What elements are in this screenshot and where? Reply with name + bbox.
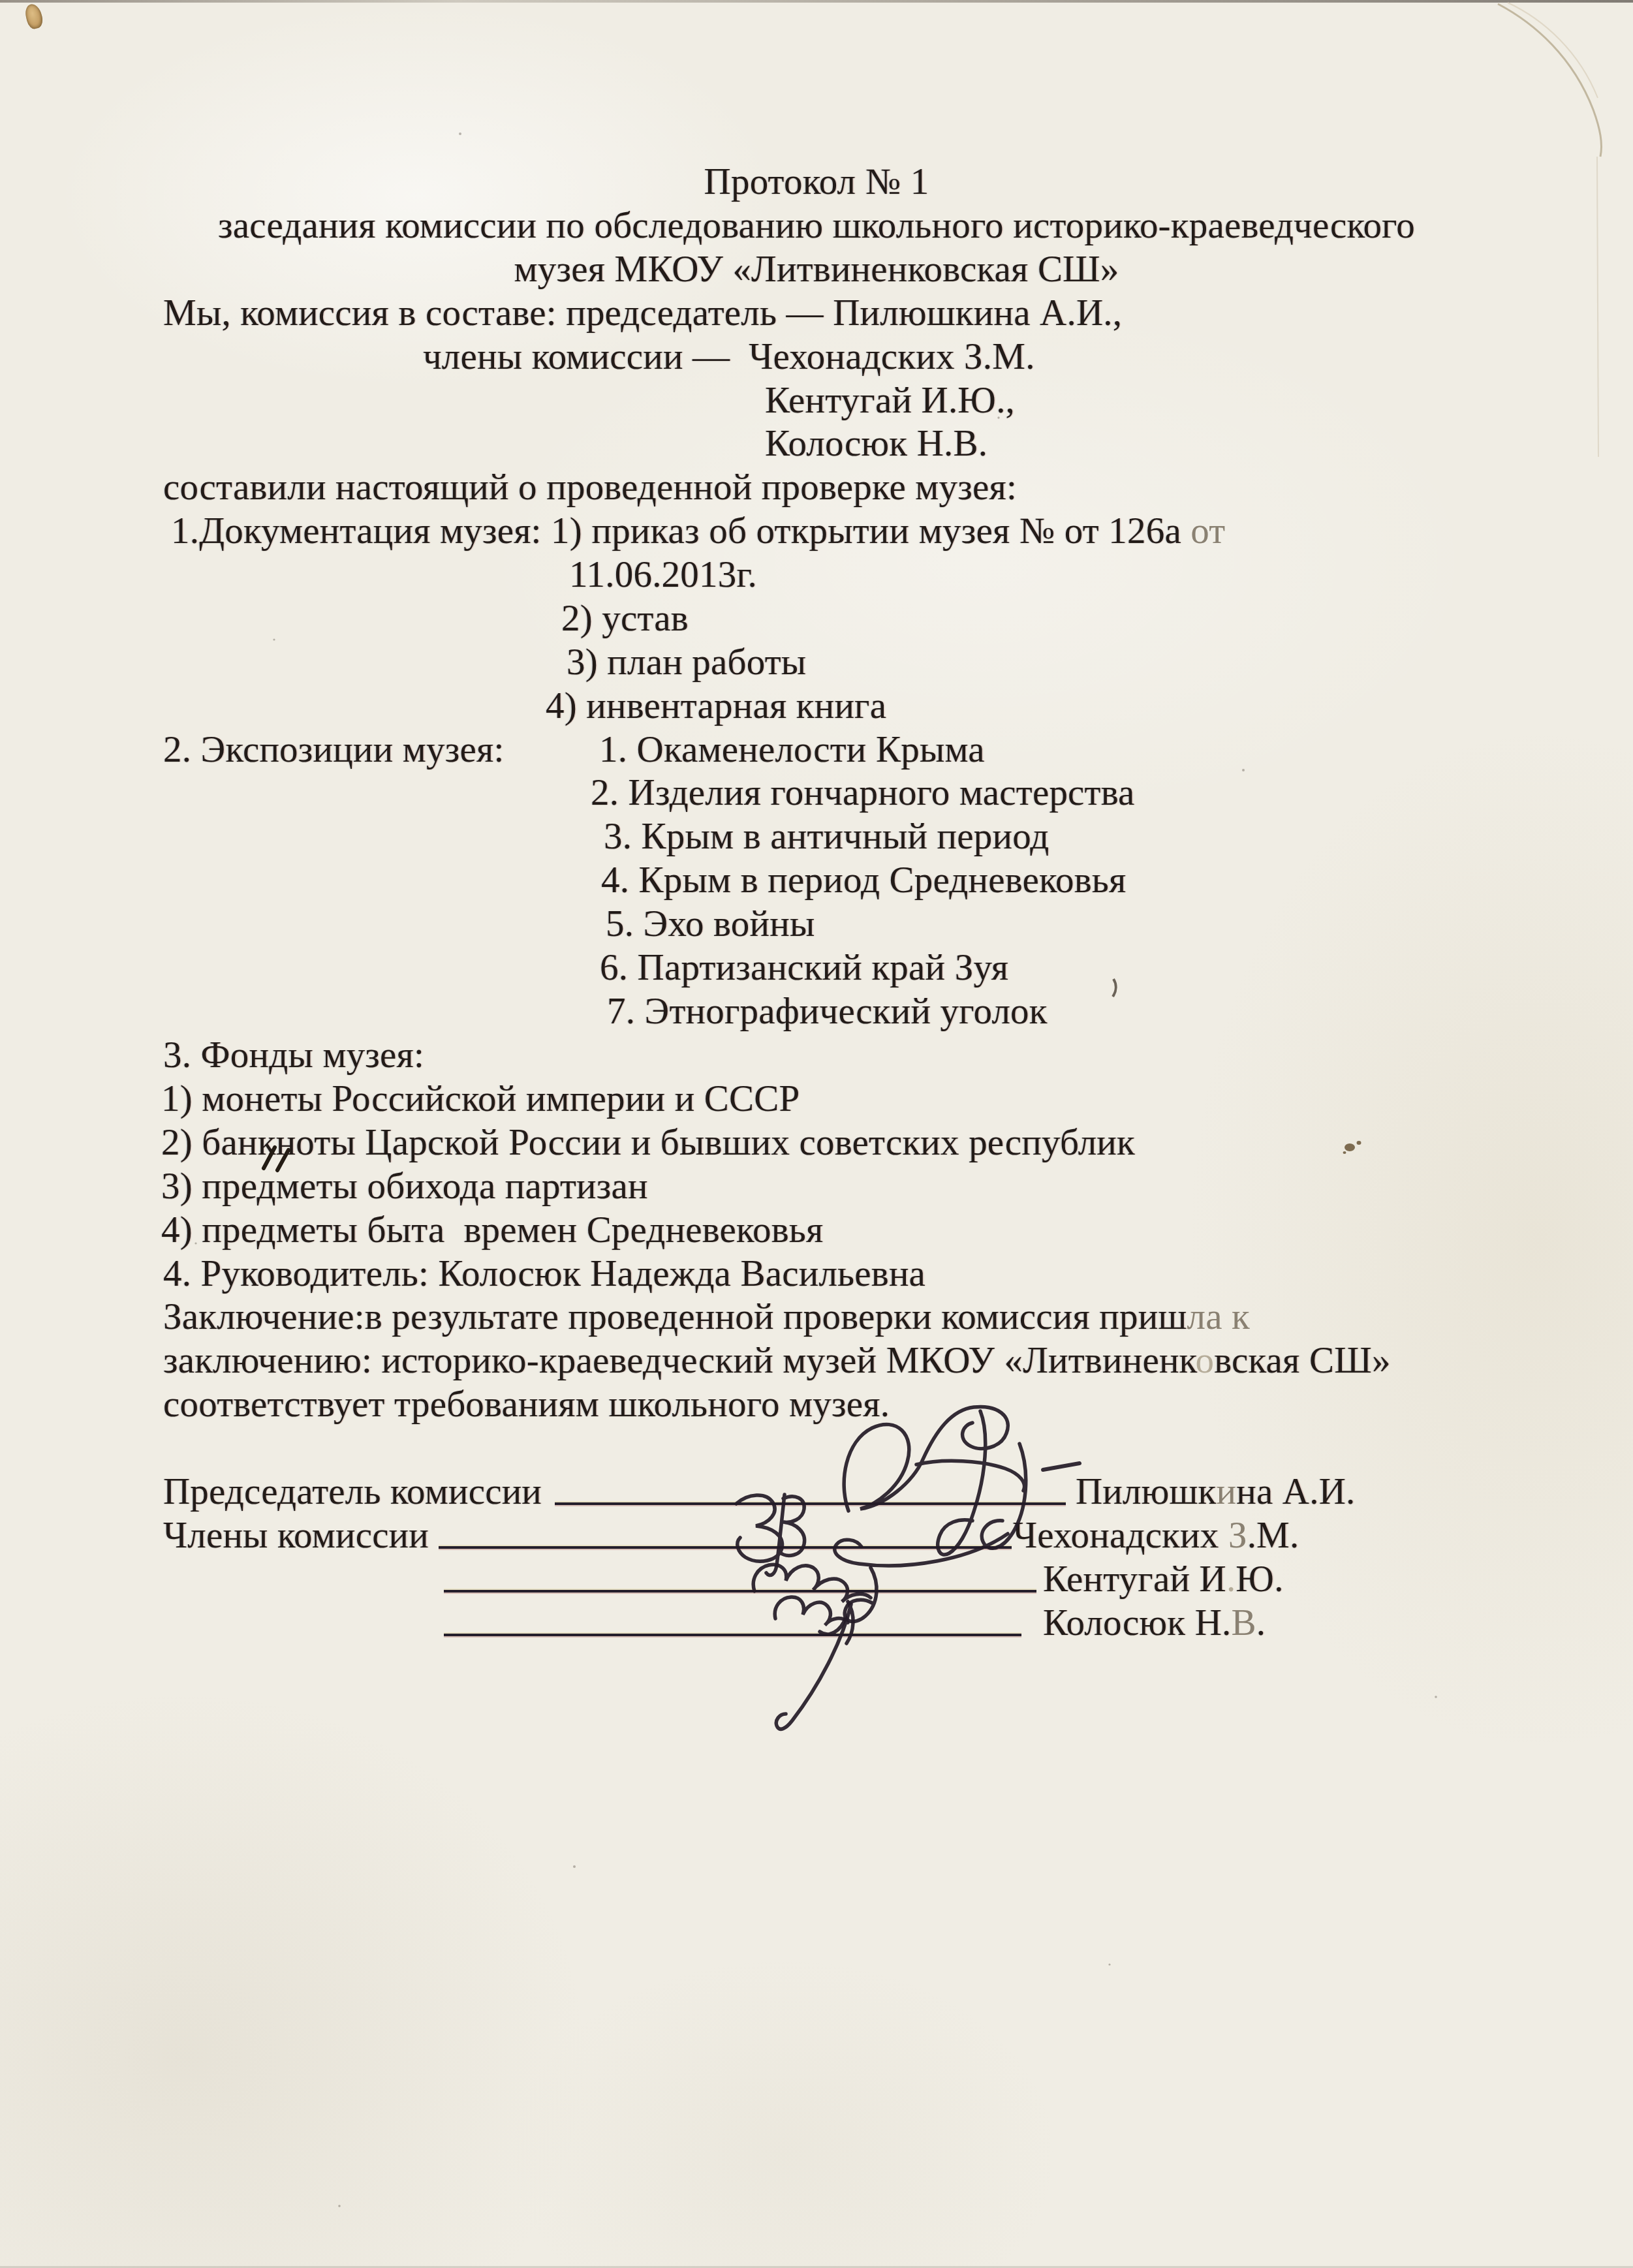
paper-stain-spot [23,3,44,31]
funds-item-3: 3) предметы обихода партизан [161,1164,648,1208]
signer-name-4-part2: . [1256,1602,1266,1643]
exposition-item-7: 7. Этнографический уголок [607,989,1048,1033]
funds-item-4: 4) предметы быта времен Средневековья [161,1208,823,1252]
signer-name-3-faded: . [1226,1559,1236,1600]
exposition-item-5: 5. Эхо войны [606,902,815,946]
signer-name-4-faded: В [1232,1602,1256,1643]
signature-member-1 [736,1495,805,1576]
conclusion-line1-faded: ла к [1187,1296,1251,1337]
museum-head-line: 4. Руководитель: Колосюк Надежда Василье… [163,1252,925,1296]
conclusion-line2: заключению: историко-краеведческий музей… [163,1339,1391,1382]
documentation-line1-main: 1.Документация музея: 1) приказ об откры… [171,510,1190,551]
conclusion-line1-main: Заключение:в результате проведенной пров… [163,1296,1187,1337]
documentation-item-3: 3) план работы [567,640,806,684]
signature-line-2 [439,1546,1012,1549]
signature-line-1 [555,1502,1066,1505]
signature-line-4 [444,1634,1021,1636]
signer-name-2: Чехонадских З.М. [1013,1514,1299,1557]
exposition-item-4: 4. Крым в период Средневековья [601,858,1126,902]
doc-title: Протокол № 1 [0,160,1633,204]
conclusion-line1: Заключение:в результате проведенной пров… [163,1295,1250,1339]
documentation-item-4: 4) инвентарная книга [546,684,886,728]
funds-item-2: 2) банкноты Царской России и бывших сове… [161,1121,1135,1164]
documentation-item-2: 2) устав [561,597,689,640]
signature-line-3 [444,1590,1036,1592]
conclusion-line3: соответствует требованиям школьного музе… [163,1382,890,1426]
commission-members-line: члены комиссии — Чехонадских З.М. [423,335,1035,379]
exposition-item-2: 2. Изделия гончарного мастерства [591,771,1135,815]
exposition-item-3: 3. Крым в античный период [604,815,1049,858]
chairman-label: Председатель комиссии [163,1470,542,1514]
signer-name-2-faded: З [1228,1515,1247,1556]
funds-item-1: 1) монеты Российской империи и СССР [161,1077,800,1121]
exposition-item-6: 6. Партизанский край Зуя [600,946,1008,989]
expositions-label: 2. Экспозиции музея: [163,728,504,771]
commission-member-2: Кентугай И.Ю., [765,379,1015,422]
scanned-document-page: Протокол № 1 заседания комиссии по обсле… [0,0,1633,2268]
signer-name-1-part2: на А.И. [1236,1471,1355,1512]
doc-subtitle-line2: музея МКОУ «Литвиненковская СШ» [0,247,1633,291]
documentation-line1: 1.Документация музея: 1) приказ об откры… [171,509,1225,553]
signer-name-2-part: Чехонадских [1013,1515,1228,1556]
signer-name-3-part2: Ю. [1236,1559,1283,1600]
ink-speck-icon [1343,1141,1361,1154]
exposition-item-1: 1. Окаменелости Крыма [599,728,985,771]
signer-name-1-part: Пилюшк [1076,1471,1216,1512]
signer-name-1-faded: и [1216,1471,1236,1512]
signer-name-4-part: Колосюк Н. [1043,1602,1232,1643]
doc-subtitle-line1: заседания комиссии по обследованию школь… [0,204,1633,247]
signature-member-3 [775,1597,853,1729]
signer-name-4: Колосюк Н.В. [1043,1601,1266,1645]
signature-member-2 [753,1564,877,1634]
commission-member-3: Колосюк Н.В. [765,422,988,465]
signer-name-1: Пилюшкина А.И. [1076,1470,1355,1514]
funds-label: 3. Фонды музея: [163,1033,424,1077]
conclusion-line2-main: заключению: историко-краеведческий музей… [163,1340,1196,1381]
signer-name-3-part: Кентугай И [1043,1559,1226,1600]
members-label: Члены комиссии [163,1514,429,1557]
documentation-line1-faded: от [1190,510,1225,551]
conclusion-line2-faded: о [1196,1340,1215,1381]
documentation-date: 11.06.2013г. [569,553,757,597]
commission-intro-line: Мы, комиссия в составе: председатель — П… [163,291,1122,335]
conclusion-line2-end: вская СШ» [1214,1340,1390,1381]
ink-tick-mark [1113,979,1116,997]
signer-name-3: Кентугай И.Ю. [1043,1557,1284,1601]
signer-name-2-part2: .М. [1247,1515,1299,1556]
statement-line: составили настоящий о проведенной провер… [163,465,1017,509]
